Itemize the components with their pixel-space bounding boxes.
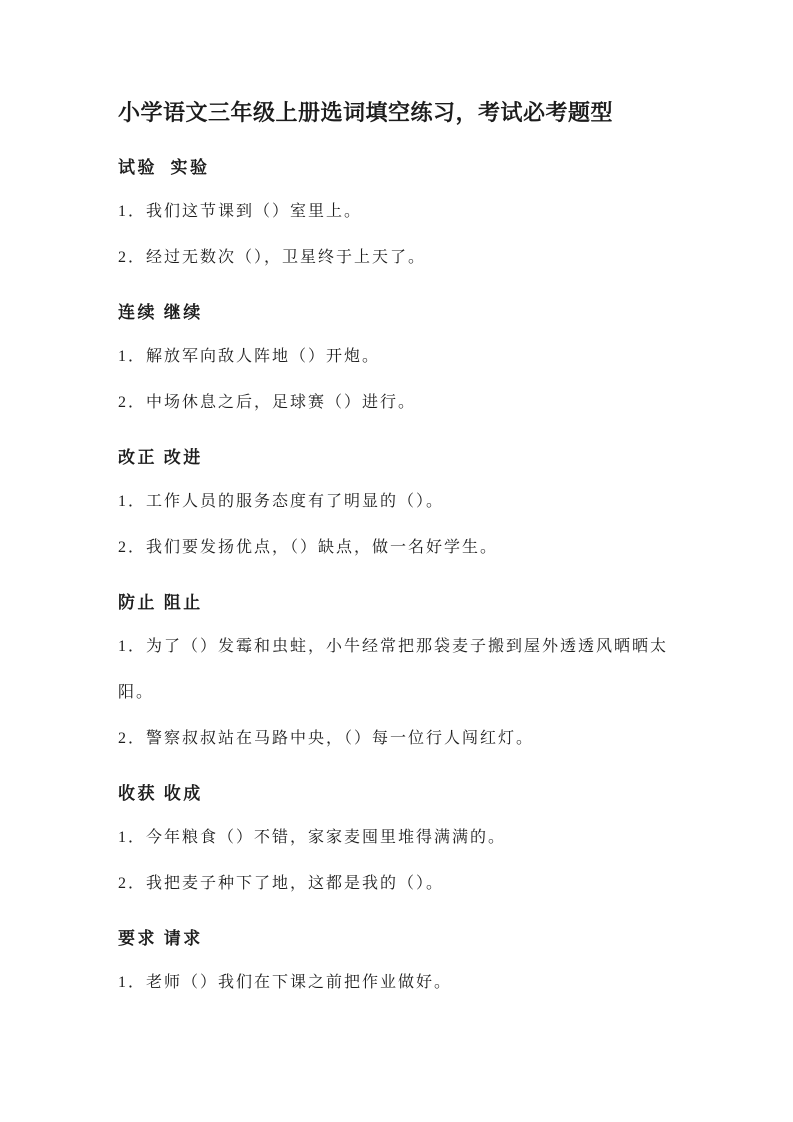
document-page: 小学语文三年级上册选词填空练习，考试必考题型 试验 实验 1．我们这节课到（）室… [0,0,793,1122]
exercise-item: 2．警察叔叔站在马路中央，（）每一位行人闯红灯。 [118,716,678,762]
word-pair-heading: 防止 阻止 [118,591,678,615]
word-pair-heading: 连续 继续 [118,301,678,325]
exercise-item: 2．我把麦子种下了地，这都是我的（）。 [118,861,678,907]
exercise-item: 1．老师（）我们在下课之前把作业做好。 [118,960,678,1006]
exercise-item: 2．中场休息之后，足球赛（）进行。 [118,380,678,426]
exercise-item: 2．经过无数次（），卫星终于上天了。 [118,235,678,281]
document-title: 小学语文三年级上册选词填空练习，考试必考题型 [118,96,678,129]
exercise-item: 1．今年粮食（）不错，家家麦囤里堆得满满的。 [118,815,678,861]
exercise-item: 1．我们这节课到（）室里上。 [118,189,678,235]
exercise-item: 1．工作人员的服务态度有了明显的（）。 [118,479,678,525]
word-pair-heading: 要求 请求 [118,927,678,951]
word-pair-heading: 试验 实验 [118,156,678,180]
section-yaoqiu: 要求 请求 1．老师（）我们在下课之前把作业做好。 [118,927,678,1006]
exercise-item: 1．为了（）发霉和虫蛀，小牛经常把那袋麦子搬到屋外透透风晒晒太阳。 [118,624,678,716]
section-shiyan: 试验 实验 1．我们这节课到（）室里上。 2．经过无数次（），卫星终于上天了。 [118,156,678,281]
section-lianxu: 连续 继续 1．解放军向敌人阵地（）开炮。 2．中场休息之后，足球赛（）进行。 [118,301,678,426]
exercise-item: 1．解放军向敌人阵地（）开炮。 [118,334,678,380]
word-pair-heading: 收获 收成 [118,782,678,806]
exercise-item: 2．我们要发扬优点，（）缺点，做一名好学生。 [118,525,678,571]
word-pair-heading: 改正 改进 [118,446,678,470]
section-gaizheng: 改正 改进 1．工作人员的服务态度有了明显的（）。 2．我们要发扬优点，（）缺点… [118,446,678,571]
section-fangzhi: 防止 阻止 1．为了（）发霉和虫蛀，小牛经常把那袋麦子搬到屋外透透风晒晒太阳。 … [118,591,678,762]
section-shouhuo: 收获 收成 1．今年粮食（）不错，家家麦囤里堆得满满的。 2．我把麦子种下了地，… [118,782,678,907]
